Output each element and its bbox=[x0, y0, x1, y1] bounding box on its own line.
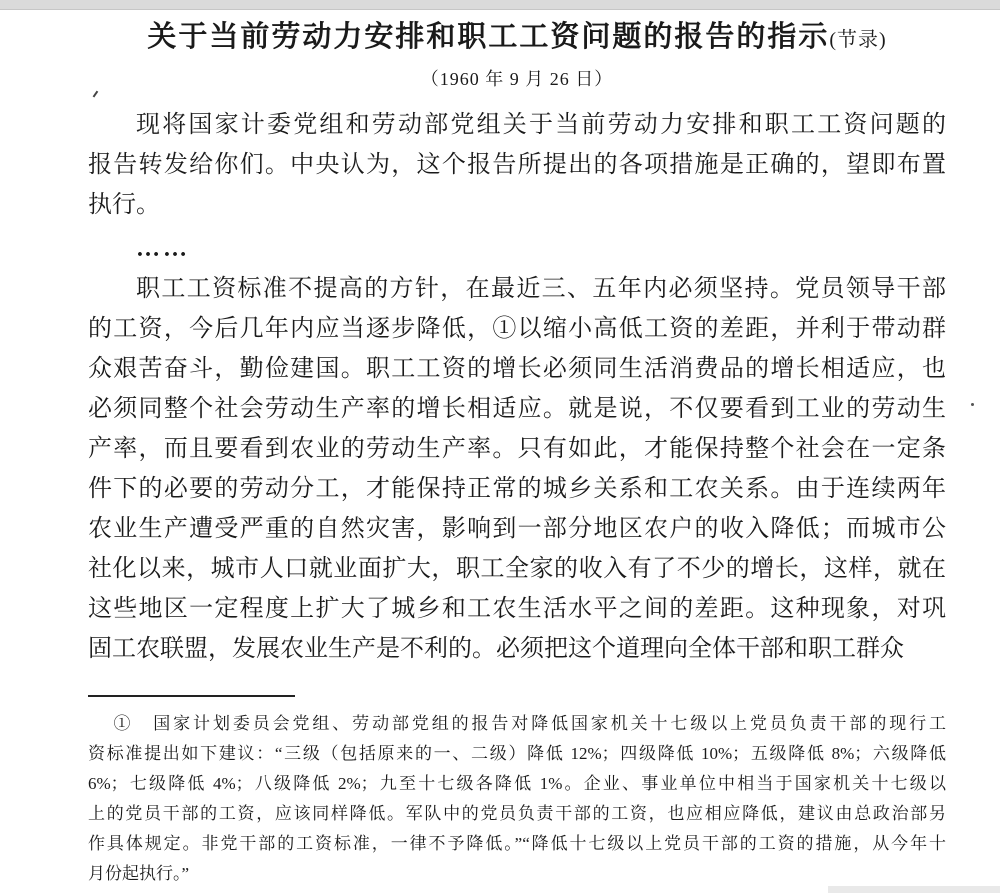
text-line: 上的党员干部的工资，应该同样降低。军队中的党员负责干部的工资，也应相应降低，建议… bbox=[88, 799, 946, 829]
paragraph: 现将国家计委党组和劳动部党组关于当前劳动力安排和职工工资问题的报告转发给你们。中… bbox=[88, 105, 946, 225]
text-line: 件下的必要的劳动分工，才能保持正常的城乡关系和工农关系。由于连续两年 bbox=[88, 469, 946, 509]
text-line: 众艰苦奋斗，勤俭建国。职工工资的增长必须同生活消费品的增长相适应，也 bbox=[88, 349, 946, 389]
text-line: 报告转发给你们。中央认为，这个报告所提出的各项措施是正确的，望即布置 bbox=[88, 145, 946, 185]
body-paragraphs: 现将国家计委党组和劳动部党组关于当前劳动力安排和职工工资问题的报告转发给你们。中… bbox=[88, 105, 946, 669]
text-line: 6%；七级降低 4%；八级降低 2%；九至十七级各降低 1%。企业、事业单位中相… bbox=[88, 769, 946, 799]
paragraph: …… bbox=[88, 225, 946, 269]
paragraph: ① 国家计划委员会党组、劳动部党组的报告对降低国家机关十七级以上党员负责干部的现… bbox=[88, 709, 946, 889]
scan-edge-band bbox=[0, 0, 1000, 10]
document-title-suffix: (节录) bbox=[829, 29, 886, 51]
text-line: 农业生产遭受严重的自然灾害，影响到一部分地区农户的收入降低；而城市公 bbox=[88, 509, 946, 549]
text-line: 的工资，今后几年内应当逐步降低，①以缩小高低工资的差距，并利于带动群 bbox=[88, 309, 946, 349]
scan-speck-2 bbox=[971, 403, 974, 406]
page-content: 关于当前劳动力安排和职工工资问题的报告的指示(节录) （1960 年 9 月 2… bbox=[88, 14, 946, 889]
text-line: 作具体规定。非党干部的工资标准，一律不予降低。”“降低十七级以上党员干部的工资的… bbox=[88, 829, 946, 859]
text-line: 现将国家计委党组和劳动部党组关于当前劳动力安排和职工工资问题的 bbox=[88, 105, 946, 145]
document-date: （1960 年 9 月 26 日） bbox=[88, 65, 946, 91]
text-line: 固工农联盟，发展农业生产是不利的。必须把这个道理向全体干部和职工群众 bbox=[88, 629, 946, 669]
footnote-text: ① 国家计划委员会党组、劳动部党组的报告对降低国家机关十七级以上党员负责干部的现… bbox=[88, 709, 946, 889]
document-page: 关于当前劳动力安排和职工工资问题的报告的指示(节录) （1960 年 9 月 2… bbox=[0, 0, 1000, 893]
text-line: …… bbox=[88, 225, 946, 269]
footnote-divider bbox=[88, 695, 295, 697]
text-line: 月份起执行。” bbox=[88, 859, 946, 889]
document-title: 关于当前劳动力安排和职工工资问题的报告的指示(节录) bbox=[88, 14, 946, 55]
text-line: 社化以来，城市人口就业面扩大，职工全家的收入有了不少的增长，这样，就在 bbox=[88, 549, 946, 589]
text-line: 产率，而且要看到农业的劳动生产率。只有如此，才能保持整个社会在一定条 bbox=[88, 429, 946, 469]
text-line: 资标准提出如下建议：“三级（包括原来的一、二级）降低 12%；四级降低 10%；… bbox=[88, 739, 946, 769]
text-line: 职工工资标准不提高的方针，在最近三、五年内必须坚持。党员领导干部 bbox=[88, 269, 946, 309]
document-title-text: 关于当前劳动力安排和职工工资问题的报告的指示 bbox=[147, 19, 829, 53]
text-line: 这些地区一定程度上扩大了城乡和工农生活水平之间的差距。这种现象，对巩 bbox=[88, 589, 946, 629]
text-line: ① 国家计划委员会党组、劳动部党组的报告对降低国家机关十七级以上党员负责干部的现… bbox=[88, 709, 946, 739]
text-line: 执行。 bbox=[88, 185, 946, 225]
text-line: 必须同整个社会劳动生产率的增长相适应。就是说，不仅要看到工业的劳动生 bbox=[88, 389, 946, 429]
paragraph: 职工工资标准不提高的方针，在最近三、五年内必须坚持。党员领导干部的工资，今后几年… bbox=[88, 269, 946, 669]
